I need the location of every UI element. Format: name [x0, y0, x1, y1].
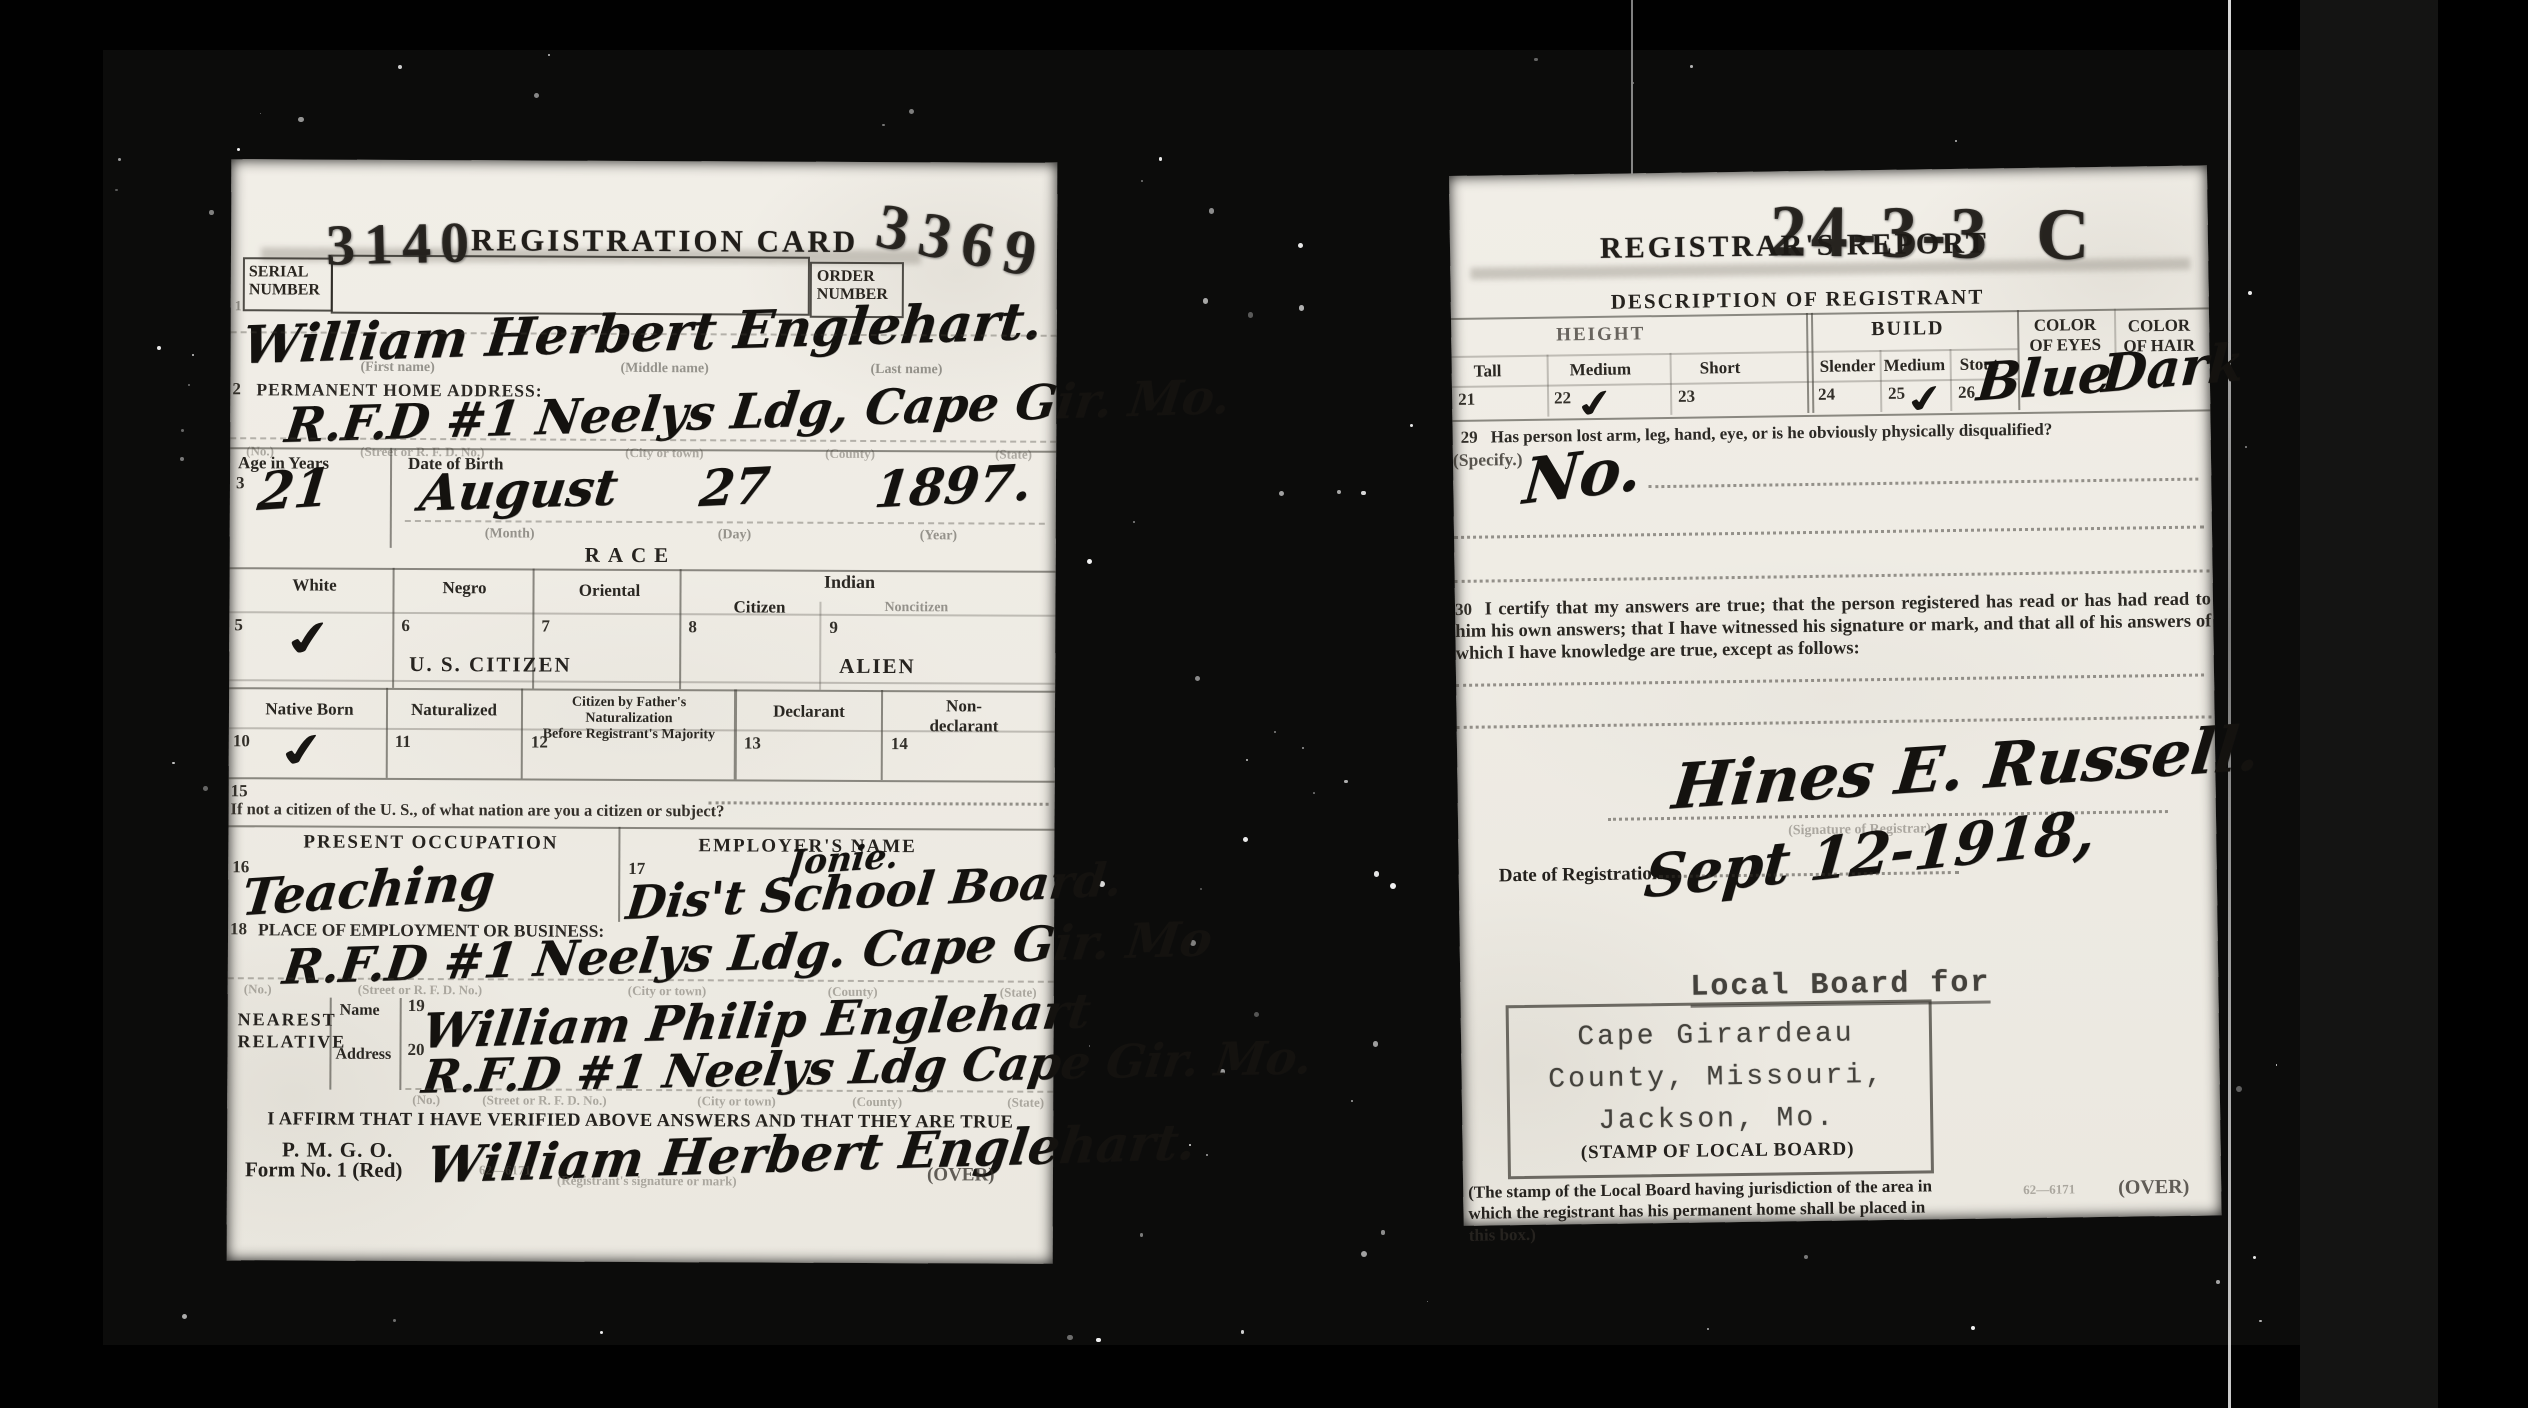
film-speckle: [209, 210, 214, 215]
dob-month-value: August: [416, 457, 621, 522]
film-speckle: [534, 93, 539, 98]
alien-header: ALIEN: [839, 654, 916, 679]
film-speckle: [181, 429, 184, 432]
film-speckle: [1337, 490, 1341, 494]
cit-num-14: 14: [891, 734, 908, 754]
q29-number: 29: [1461, 428, 1478, 448]
film-speckle: [182, 1314, 187, 1319]
film-speckle: [2253, 1256, 2257, 1260]
film-edge-black: [2438, 0, 2528, 1408]
film-speckle: [1140, 1233, 1144, 1237]
q29-specify-label: (Specify.): [1453, 449, 1523, 471]
serial-number-label: SERIAL NUMBER: [245, 259, 331, 299]
dob-rule: [405, 520, 1045, 525]
film-speckle: [2259, 1320, 2261, 1322]
dotted-line: [1455, 569, 2210, 583]
film-speckle: [909, 109, 914, 114]
race-negro-label: Negro: [414, 578, 514, 598]
race-oriental-label: Oriental: [554, 581, 664, 601]
age-number: 3: [236, 473, 245, 493]
film-speckle: [1373, 1041, 1379, 1047]
film-speckle: [1351, 1100, 1353, 1102]
film-speckle: [1955, 140, 1957, 142]
race-title: RACE: [585, 543, 677, 568]
declarant-label: Declarant: [754, 701, 864, 721]
film-speckle: [1087, 559, 1092, 564]
eyes-value: Blue: [1974, 343, 2114, 413]
film-speckle: [1159, 157, 1162, 160]
film-speckle: [1313, 792, 1315, 794]
board-code-stamp: 24-3-3 C: [1769, 189, 2094, 278]
rel-city-label: (City or town): [697, 1093, 776, 1109]
height-medium-checkmark-icon: ✔: [1572, 380, 1618, 428]
film-speckle: [1279, 491, 1285, 497]
form-number: Form No. 1 (Red): [245, 1157, 403, 1183]
num-22: 22: [1554, 388, 1571, 408]
q30-text: I certify that my answers are true; that…: [1455, 589, 2211, 663]
short-label: Short: [1700, 358, 1741, 378]
film-speckle: [1344, 780, 1347, 783]
film-speckle: [1246, 759, 1248, 761]
dob-year-label: (Year): [920, 528, 957, 544]
q20-number: 20: [407, 1040, 424, 1060]
addr-county-label: (County): [825, 446, 875, 462]
film-speckle: [1390, 883, 1396, 889]
over-label: (OVER): [927, 1164, 995, 1186]
occ-emp-divider: [618, 827, 620, 922]
rel-addr-label: Address: [335, 1046, 391, 1065]
registrar-signature: Hines E. Russell.: [1669, 711, 2264, 824]
microfilm-scan: 3140 REGISTRATION CARD 3369 SERIAL NUMBE…: [0, 0, 2528, 1408]
naturalized-label: Naturalized: [399, 700, 509, 720]
q18-no-label: (No.): [244, 981, 272, 997]
film-speckle: [1361, 491, 1366, 496]
citizen-bottom-rule: [229, 777, 1055, 783]
occupation-header: PRESENT OCCUPATION: [303, 832, 558, 855]
film-speckle: [1302, 747, 1305, 750]
dob-day-label: (Day): [718, 527, 752, 543]
build-medium-checkmark-icon: ✔: [1902, 376, 1948, 424]
film-speckle: [237, 148, 240, 151]
race-num-9: 9: [829, 618, 838, 638]
last-name-label: (Last name): [870, 362, 942, 378]
film-speckle: [2245, 446, 2247, 448]
rel-street-label: (Street or R. F. D. No.): [482, 1092, 606, 1109]
film-scratch-line: [2228, 0, 2231, 1408]
cit-div-1: [386, 688, 388, 778]
race-white-checkmark-icon: ✔: [280, 607, 338, 670]
first-name-label: (First name): [360, 360, 434, 376]
film-speckle: [1381, 1230, 1386, 1235]
rel-state-label: (State): [1007, 1095, 1044, 1111]
middle-name-label: (Middle name): [620, 361, 708, 377]
slender-label: Slender: [1820, 356, 1876, 376]
film-speckle: [1427, 1301, 1429, 1303]
race-white-label: White: [265, 575, 365, 595]
date-of-registration-label: Date of Registration: [1499, 863, 1663, 887]
film-speckle: [1274, 731, 1276, 733]
q30-text-block: 30 I certify that my answers are true; t…: [1455, 589, 2212, 665]
q18-number: 18: [230, 919, 247, 939]
film-edge-band: [2300, 0, 2438, 1408]
form-code: 62—6171: [2023, 1181, 2075, 1198]
occ-top-rule: [228, 825, 1054, 831]
build-header: BUILD: [1871, 317, 1945, 341]
q30-number: 30: [1455, 600, 1472, 619]
native-born-label: Native Born: [247, 699, 372, 719]
race-div-3: [679, 569, 682, 689]
q19-number: 19: [408, 996, 425, 1016]
dob-year-value: 1897.: [872, 452, 1035, 519]
film-speckle: [1248, 312, 1254, 318]
film-speckle: [1374, 871, 1379, 876]
film-scratch-short: [1631, 0, 1633, 178]
cit-num-13: 13: [744, 733, 761, 753]
native-born-checkmark-icon: ✔: [275, 721, 331, 780]
dotted-line: [1454, 525, 2204, 538]
film-speckle: [1241, 1330, 1245, 1334]
age-dob-divider: [390, 448, 392, 548]
film-speckle: [180, 457, 184, 461]
board-stamp-line-2: County, Missouri,: [1506, 1059, 1926, 1096]
num-23: 23: [1678, 387, 1695, 407]
film-speckle: [1707, 1328, 1709, 1330]
row2-number: 2: [232, 379, 241, 399]
registrant-sig-label: (Registrant's signature or mark): [557, 1173, 737, 1190]
film-speckle: [1067, 1335, 1072, 1340]
film-speckle: [1209, 208, 1214, 213]
q29-value: No.: [1520, 430, 1644, 518]
film-speckle: [1410, 424, 1413, 427]
race-top-rule: [230, 567, 1056, 573]
film-speckle: [118, 158, 121, 161]
cit-div-2: [521, 688, 523, 778]
film-speckle: [172, 762, 174, 764]
film-speckle: [1206, 1154, 1209, 1157]
cit-num-12: 12: [531, 733, 548, 753]
tbl-group-div-1: [1806, 313, 1809, 413]
film-speckle: [157, 346, 161, 350]
height-header: HEIGHT: [1556, 323, 1645, 346]
row1-number: 1: [235, 299, 242, 315]
rel-name-label: Name: [340, 1002, 380, 1021]
tbl-group-div-1b: [1811, 313, 1814, 413]
rel-no-label: (No.): [412, 1092, 440, 1108]
film-speckle: [1195, 676, 1201, 682]
hair-value: Dark: [2100, 332, 2246, 405]
film-speckle: [1133, 521, 1135, 523]
cit-num-11: 11: [395, 732, 411, 752]
film-speckle: [1690, 65, 1693, 68]
race-num-8: 8: [688, 617, 697, 637]
medium-build-label: Medium: [1884, 355, 1946, 375]
card-title: REGISTRATION CARD: [471, 222, 811, 259]
num-26: 26: [1958, 383, 1975, 403]
registrars-report-card: REGISTRAR'S REPORT 24-3-3 C DESCRIPTION …: [1449, 165, 2222, 1225]
q15-dotted-line: [709, 801, 1049, 805]
film-speckle: [398, 65, 402, 69]
film-speckle: [1200, 888, 1202, 890]
num-21: 21: [1458, 390, 1475, 410]
num-24: 24: [1818, 385, 1835, 405]
film-speckle: [393, 1319, 396, 1322]
stamp-caption: (The stamp of the Local Board having jur…: [1468, 1175, 1949, 1245]
film-speckle: [1203, 298, 1209, 304]
citizen-top-rule: [229, 679, 1055, 685]
age-value: 21: [255, 457, 334, 523]
film-speckle: [2276, 1064, 2278, 1066]
film-speckle: [1298, 243, 1304, 249]
dotted-line: [1456, 674, 2204, 687]
film-speckle: [1534, 58, 1537, 61]
registration-card: 3140 REGISTRATION CARD 3369 SERIAL NUMBE…: [227, 159, 1058, 1264]
film-speckle: [1361, 1251, 1367, 1257]
film-speckle: [1254, 1012, 1259, 1017]
rel-county-label: (County): [852, 1094, 902, 1110]
film-speckle: [1141, 180, 1143, 182]
q15-text: If not a citizen of the U. S., of what n…: [231, 799, 725, 821]
tall-label: Tall: [1474, 361, 1502, 381]
us-citizen-header: U. S. CITIZEN: [409, 652, 572, 678]
film-speckle: [260, 113, 262, 115]
film-speckle: [203, 786, 208, 791]
film-speckle: [1299, 305, 1305, 311]
film-speckle: [298, 117, 303, 122]
form-code: 62—6171: [479, 1162, 531, 1178]
medium-height-label: Medium: [1570, 359, 1632, 379]
dob-day-value: 27: [697, 456, 773, 519]
race-bottom-rule: [229, 687, 1055, 693]
film-speckle: [1243, 837, 1248, 842]
addr-city-label: (City or town): [625, 445, 704, 461]
race-indian-header: Indian: [790, 572, 910, 593]
board-stamp-line-1: Cape Girardeau: [1506, 1017, 1926, 1054]
film-speckle: [2216, 1280, 2220, 1284]
film-speckle: [1096, 1338, 1100, 1342]
film-speckle: [548, 54, 550, 56]
film-speckle: [192, 354, 195, 357]
occupation-value: Teaching: [239, 851, 498, 927]
report-subtitle: DESCRIPTION OF REGISTRANT: [1611, 285, 1985, 315]
cit-num-10: 10: [233, 731, 250, 751]
race-num-5: 5: [234, 615, 243, 635]
film-speckle: [188, 384, 190, 386]
film-speckle: [115, 189, 118, 192]
citizen-father-label: Citizen by Father's Naturalization Befor…: [529, 695, 729, 744]
dotted-line: [1648, 478, 2198, 489]
film-speckle: [1971, 1326, 1975, 1330]
film-speckle: [882, 124, 884, 126]
film-speckle: [1804, 1255, 1808, 1259]
rel-div-1: [329, 998, 331, 1090]
dob-month-label: (Month): [485, 526, 535, 542]
film-speckle: [2248, 291, 2252, 295]
race-num-7: 7: [541, 617, 550, 637]
over-label: (OVER): [2118, 1176, 2189, 1200]
board-stamp-line-3: Jackson, Mo.: [1507, 1101, 1927, 1138]
cit-div-4: [881, 690, 883, 780]
film-speckle: [2236, 1086, 2242, 1092]
race-div-1: [392, 568, 395, 688]
cit-div-3: [734, 689, 737, 779]
race-num-6: 6: [401, 616, 410, 636]
rel-div-2: [399, 998, 401, 1090]
film-speckle: [600, 1331, 603, 1334]
